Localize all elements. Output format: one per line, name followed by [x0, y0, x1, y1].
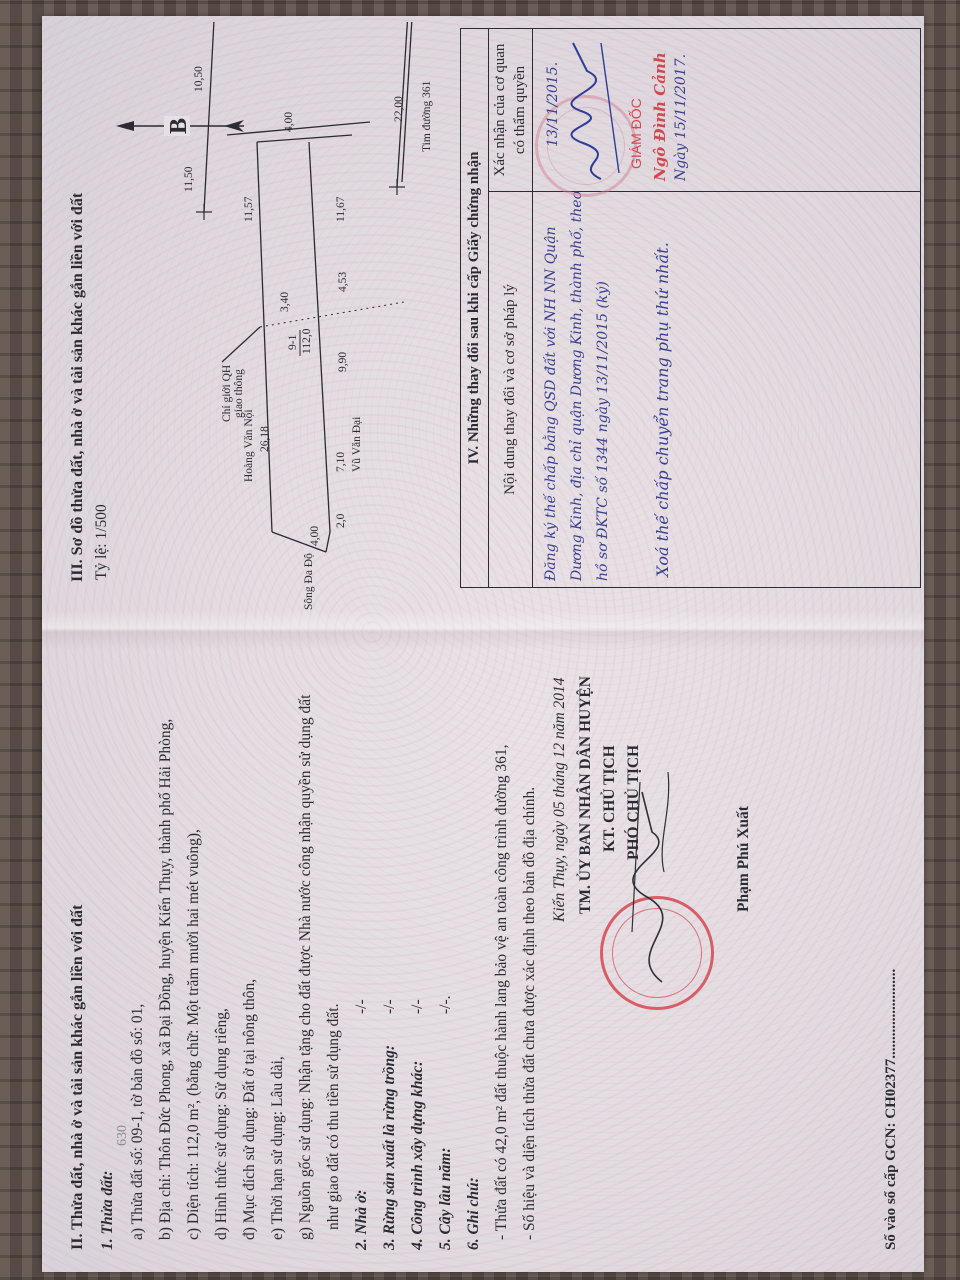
dim-11-57: 11,57: [243, 196, 255, 222]
dim-10-50: 10,50: [193, 66, 205, 92]
change-entries-cell: Đăng ký thế chấp bằng QSD đất với NH NN …: [533, 192, 921, 588]
land-item-c: c) Diện tích: 112,0 m², (bằng chữ: Một t…: [186, 829, 202, 1240]
asset-house-label: 2. Nhà ở:: [354, 1190, 370, 1250]
dim-11-50: 11,50: [183, 166, 195, 192]
dim-11-67: 11,67: [335, 196, 347, 222]
signer-name: Phạm Phú Xuất: [736, 806, 752, 912]
section-iii-title: III. Sơ đồ thửa đất, nhà ở và tài sản kh…: [70, 193, 86, 582]
north-arrow-icon: B: [112, 106, 252, 146]
registry-number: Số vào sổ cấp GCN: CH02377..............…: [884, 969, 899, 1250]
land-item-e: e) Thời hạn sử dụng: Lâu dài,: [270, 1056, 286, 1240]
change-1-line-1: Đăng ký thế chấp bằng QSD đất với NH NN …: [543, 226, 559, 581]
asset-construction-value: -/-: [410, 999, 426, 1014]
change-1-line-3: hồ sơ ĐKTC số 1344 ngày 13/11/2015 (ký): [595, 281, 611, 581]
land-item-b: b) Địa chỉ: Thôn Đức Phong, xã Đại Đồng,…: [158, 719, 174, 1240]
land-item-g-cont: như giao đất có thu tiền sử dụng đất.: [326, 1004, 342, 1230]
handwritten-parcel-note: 630: [116, 1125, 130, 1146]
label-neighbor-top: Hoàng Văn Nội: [243, 409, 255, 482]
change-1-line-2: Dương Kinh, địa chỉ quận Dương Kinh, thà…: [569, 191, 585, 581]
dim-4-00-back: 4,00: [309, 526, 321, 546]
land-heading: 1. Thửa đất:: [100, 1171, 116, 1250]
label-river: Sông Đa Độ: [303, 553, 315, 610]
land-item-g: g) Nguồn gốc sử dụng: Nhận tặng cho đất …: [298, 695, 314, 1240]
land-item-a: a) Thửa đất số: 09-1, tờ bản đồ số: 01,: [130, 1004, 146, 1240]
dim-3-40: 3,40: [279, 292, 291, 312]
asset-forest-label: 3. Rừng sản xuất là rừng trồng:: [382, 1045, 398, 1250]
changes-table: IV. Những thay đổi sau khi cấp Giấy chứn…: [460, 28, 921, 588]
dim-9-90: 9,90: [337, 352, 349, 372]
land-item-dd: đ) Mục đích sử dụng: Đất ở tại nông thôn…: [242, 979, 258, 1240]
confirm-signer-title: GIÁM ĐỐC: [629, 98, 643, 169]
diagram-scale: Tỷ lệ: 1/500: [94, 504, 110, 580]
confirm-cell: 13/11/2015. GIÁM ĐỐC Ngô Đình Cảnh Ngày …: [533, 29, 921, 192]
asset-forest-value: -/-: [382, 999, 398, 1014]
note-1: - Thửa đất có 42,0 m² đất thuộc hành lan…: [494, 744, 510, 1240]
signature-left: [602, 762, 722, 992]
label-parcel-area: 112,0: [301, 328, 313, 354]
change-2-line-1: Xoá thế chấp chuyển trang phụ thứ nhất.: [653, 242, 672, 577]
north-label: B: [166, 118, 192, 134]
certificate-paper: II. Thửa đất, nhà ở và tài sản khác gắn …: [42, 16, 924, 1272]
asset-construction-label: 4. Công trình xây dựng khác:: [410, 1061, 426, 1250]
note-2: - Số hiệu và diện tích thửa đất chưa đượ…: [522, 787, 538, 1240]
dim-2-0: 2,0: [335, 513, 347, 528]
asset-perennial-value: -/-.: [438, 995, 454, 1014]
authority-title: TM. ỦY BAN NHÂN DÂN HUYỆN: [578, 676, 594, 914]
land-item-d: d) Hình thức sử dụng: Sử dụng riêng,: [214, 1008, 230, 1240]
signing-place-date: Kiến Thụy, ngày 05 tháng 12 năm 2014: [552, 677, 568, 922]
col-header-content: Nội dung thay đổi và cơ sở pháp lý: [489, 192, 533, 588]
label-parcel-id: 9-1: [287, 334, 299, 350]
label-planning-boundary: Chỉ giới QH: [221, 365, 233, 422]
asset-perennial-label: 5. Cây lâu năm:: [438, 1148, 454, 1250]
section-ii-title: II. Thửa đất, nhà ở và tài sản khác gắn …: [70, 905, 86, 1250]
changes-table-title: IV. Những thay đổi sau khi cấp Giấy chứn…: [461, 29, 489, 588]
dim-7-10: 7,10: [335, 452, 347, 472]
dim-22-00: 22,00: [393, 96, 405, 122]
confirm-date-2: Ngày 15/11/2017.: [673, 54, 689, 181]
asset-house-value: -/-: [354, 999, 370, 1014]
dim-4-53: 4,53: [337, 272, 349, 292]
notes-heading: 6. Ghi chú:: [466, 1177, 482, 1250]
confirm-signer-name: Ngô Đình Cảnh: [651, 52, 669, 181]
confirm-signature: [561, 33, 631, 183]
dim-4-00-front: 4,00: [283, 112, 295, 132]
dim-26-18: 26,18: [259, 426, 271, 452]
certificate-spread: II. Thửa đất, nhà ở và tài sản khác gắn …: [0, 0, 960, 1280]
confirm-date-1: 13/11/2015.: [545, 62, 561, 147]
label-road-center: Tim đường 361: [421, 80, 433, 152]
label-neighbor-bottom: Vũ Văn Đại: [351, 417, 363, 472]
col-header-confirm: Xác nhận của cơ quan có thẩm quyền: [489, 29, 533, 192]
